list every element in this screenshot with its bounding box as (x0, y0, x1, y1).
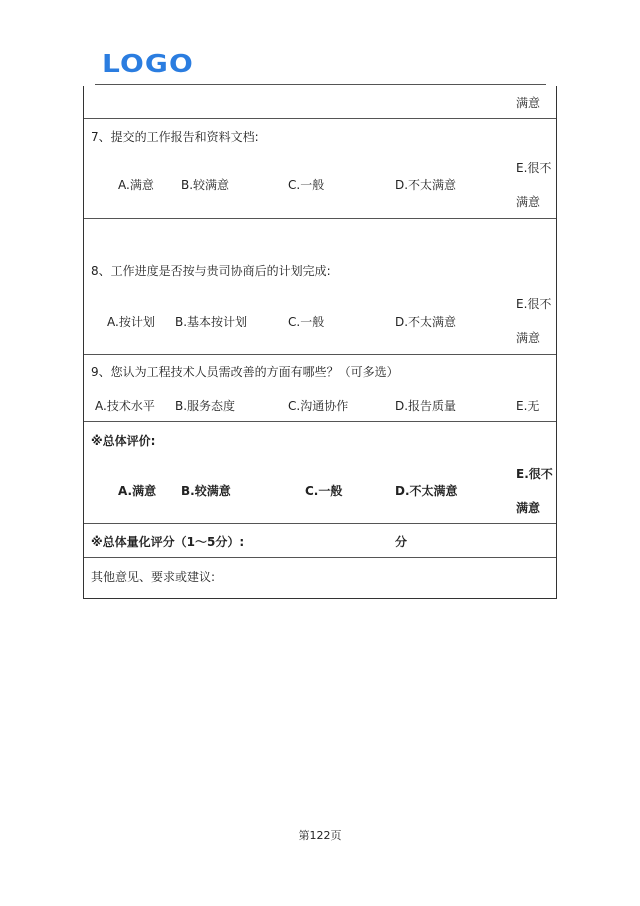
q8-option-d[interactable]: D.不太满意 (395, 315, 456, 329)
overall-option-b[interactable]: B.较满意 (181, 484, 231, 498)
q7-option-e[interactable]: E.很不 (516, 161, 551, 175)
q8-option-b[interactable]: B.基本按计划 (175, 315, 247, 329)
q8-option-e[interactable]: E.很不 (516, 297, 551, 311)
overall-option-d[interactable]: D.不太满意 (395, 484, 458, 498)
overall-evaluation-row: ※总体评价: A.满意 B.较满意 C.一般 D.不太满意 E.很不 满意 (84, 422, 556, 524)
question-7-text: 7、提交的工作报告和资料文档: (91, 130, 259, 144)
overall-score-label: ※总体量化评分（1～5分）: (91, 535, 244, 549)
q9-option-e[interactable]: E.无 (516, 399, 539, 413)
question-8-text: 8、工作进度是否按与贵司协商后的计划完成: (91, 264, 331, 278)
overall-option-e[interactable]: E.很不 (516, 467, 553, 481)
q8-option-a[interactable]: A.按计划 (107, 315, 155, 329)
overall-option-c[interactable]: C.一般 (305, 484, 342, 498)
q8-option-c[interactable]: C.一般 (288, 315, 324, 329)
overall-score-unit: 分 (395, 535, 407, 549)
q9-option-b[interactable]: B.服务态度 (175, 399, 235, 413)
question-9-row: 9、您认为工程技术人员需改善的方面有哪些？（可多选） A.技术水平 B.服务态度… (84, 355, 556, 422)
page-number: 第122页 (0, 829, 640, 843)
q7-option-d[interactable]: D.不太满意 (395, 178, 456, 192)
question-7-row: 7、提交的工作报告和资料文档: A.满意 B.较满意 C.一般 D.不太满意 E… (84, 119, 556, 219)
comments-row: 其他意见、要求或建议: (84, 558, 556, 598)
logo: LOGO (102, 50, 194, 78)
overall-option-a[interactable]: A.满意 (118, 484, 156, 498)
q7-option-e-cont: 满意 (516, 195, 540, 209)
q8-option-e-cont: 满意 (516, 331, 540, 345)
q9-option-a[interactable]: A.技术水平 (95, 399, 155, 413)
continued-row: 满意 (84, 86, 556, 119)
question-8-row: 8、工作进度是否按与贵司协商后的计划完成: A.按计划 B.基本按计划 C.一般… (84, 219, 556, 355)
overall-score-row: ※总体量化评分（1～5分）: 分 (84, 524, 556, 558)
question-9-text: 9、您认为工程技术人员需改善的方面有哪些？（可多选） (91, 365, 399, 379)
continued-option-text: 满意 (516, 96, 540, 110)
overall-evaluation-title: ※总体评价: (91, 434, 155, 448)
comments-label: 其他意见、要求或建议: (91, 570, 215, 584)
q7-option-c[interactable]: C.一般 (288, 178, 324, 192)
q7-option-a[interactable]: A.满意 (118, 178, 154, 192)
comments-input[interactable] (219, 564, 549, 592)
q7-option-b[interactable]: B.较满意 (181, 178, 229, 192)
header-divider (95, 84, 546, 85)
q9-option-c[interactable]: C.沟通协作 (288, 399, 348, 413)
overall-score-input[interactable] (254, 532, 392, 550)
overall-option-e-cont: 满意 (516, 501, 540, 515)
q9-option-d[interactable]: D.报告质量 (395, 399, 456, 413)
survey-table: 满意 7、提交的工作报告和资料文档: A.满意 B.较满意 C.一般 D.不太满… (83, 86, 557, 599)
